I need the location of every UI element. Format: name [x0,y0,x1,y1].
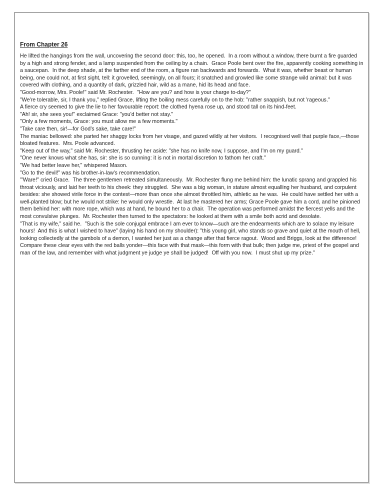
paragraph: "Go to the devil!" was his brother-in-la… [20,169,364,176]
paragraph: The maniac bellowed: she parted her shag… [20,133,364,148]
document-page: From Chapter 26 He lifted the hangings f… [14,12,369,483]
document-viewport: From Chapter 26 He lifted the hangings f… [0,0,386,500]
paragraph: "Good-morrow, Mrs. Poole!" said Mr. Roch… [20,89,364,96]
paragraph: A fierce cry seemed to give the lie to h… [20,104,364,111]
paragraph: "Ah! sir, she sees you!" exclaimed Grace… [20,111,364,118]
paragraph: "We're tolerable, sir, I thank you," rep… [20,96,364,103]
paragraph: "Only a few moments, Grace: you must all… [20,118,364,125]
paragraph: "Take care then, sir!—for God's sake, ta… [20,125,364,132]
paragraph: "'Ware!" cried Grace. The three gentleme… [20,177,364,221]
paragraph-list: He lifted the hangings from the wall, un… [20,53,364,257]
paragraph: "One never knows what she has, sir: she … [20,155,364,162]
paragraph: "That is my wife," said he. "Such is the… [20,220,364,256]
paragraph: "We had better leave her," whispered Mas… [20,162,364,169]
page-content: From Chapter 26 He lifted the hangings f… [20,41,364,257]
paragraph: He lifted the hangings from the wall, un… [20,53,364,89]
chapter-heading: From Chapter 26 [20,41,364,48]
paragraph: "Keep out of the way," said Mr. Rocheste… [20,147,364,154]
